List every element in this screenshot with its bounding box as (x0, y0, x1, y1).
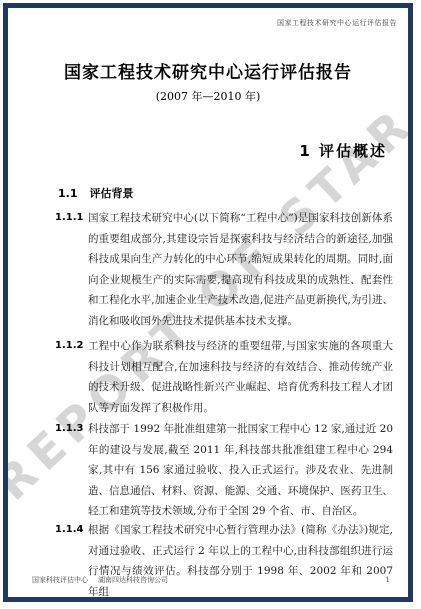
paragraph-number: 1.1.2 (55, 336, 88, 357)
page-footer: 国家科技评估中心湖南四达科技咨询公司 1 (32, 575, 390, 585)
document-subtitle: (2007 年—2010 年) (8, 88, 408, 104)
document-page: { "page": { "running_header": "国家工程技术研究中… (0, 0, 421, 609)
page-number: 1 (386, 576, 390, 584)
paragraph-text: 科技部于 1992 年批准组建第一批国家工程中心 12 家,通过近 20 年的建… (88, 419, 393, 522)
page-content: 国家工程技术研究中心运行评估报告 国家工程技术研究中心运行评估报告 (2007 … (8, 8, 408, 597)
paragraph-1-1-4: 1.1.4 根据《国家工程技术研究中心暂行管理办法》(简称《办法》)规定,对通过… (55, 520, 396, 602)
footer-org-1: 国家科技评估中心 (32, 576, 88, 584)
paragraph-text: 根据《国家工程技术研究中心暂行管理办法》(简称《办法》)规定,对通过验收、正式运… (88, 520, 393, 602)
document-title: 国家工程技术研究中心运行评估报告 (8, 58, 408, 83)
paragraph-number: 1.1.3 (55, 419, 88, 440)
footer-organizations: 国家科技评估中心湖南四达科技咨询公司 (32, 575, 178, 585)
paragraph-text: 国家工程技术研究中心(以下简称“工程中心”)是国家科技创新体系的重要组成部分,其… (88, 208, 393, 331)
paragraph-number: 1.1.1 (55, 208, 88, 229)
paragraph-1-1-2: 1.1.2 工程中心作为联系科技与经济的重要纽带,与国家实施的各项重大科技计划相… (55, 336, 396, 418)
subsection-number: 1.1 (58, 187, 78, 200)
page-inner: REPORT OF STAR 国家工程技术研究中心运行评估报告 国家工程技术研究… (8, 8, 408, 597)
page-border-frame: REPORT OF STAR 国家工程技术研究中心运行评估报告 国家工程技术研究… (3, 3, 413, 602)
paragraph-1-1-1: 1.1.1 国家工程技术研究中心(以下简称“工程中心”)是国家科技创新体系的重要… (55, 208, 396, 331)
footer-org-2: 湖南四达科技咨询公司 (98, 576, 168, 584)
subsection-heading: 1.1评估背景 (58, 185, 134, 201)
section-heading: 1 评估概述 (299, 140, 387, 161)
running-header: 国家工程技术研究中心运行评估报告 (277, 18, 397, 28)
paragraph-text: 工程中心作为联系科技与经济的重要纽带,与国家实施的各项重大科技计划相互配合,在加… (88, 336, 393, 418)
subsection-label: 评估背景 (90, 187, 134, 200)
paragraph-number: 1.1.4 (55, 520, 88, 541)
paragraph-1-1-3: 1.1.3 科技部于 1992 年批准组建第一批国家工程中心 12 家,通过近 … (55, 419, 396, 522)
